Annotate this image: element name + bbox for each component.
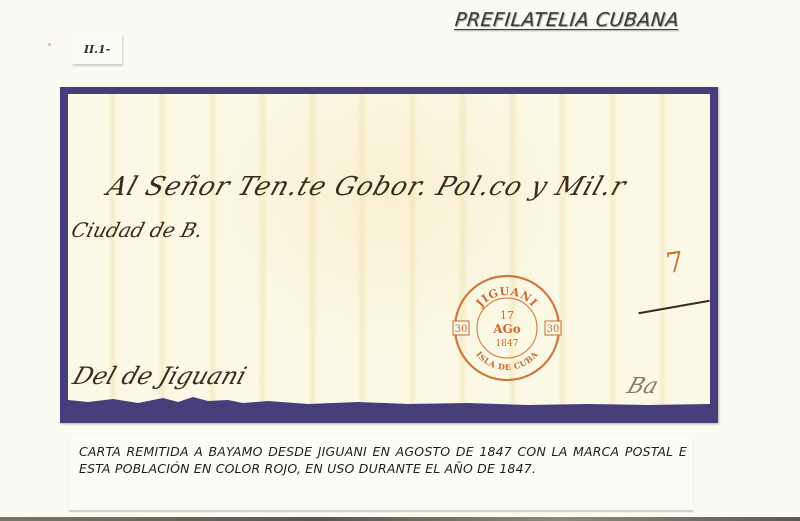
- jiguani-postmark: JIGUANI ISLA DE CUBA 17 AGo 1847 30 30: [452, 273, 562, 383]
- cover-mount: Al Señor Ten.te Gobor. Pol.co y Mil.r Ci…: [60, 87, 718, 423]
- address-line-1: Al Señor Ten.te Gobor. Pol.co y Mil.r: [103, 172, 630, 202]
- origin-line: Del de Jiguani: [69, 362, 250, 390]
- postmark-day: 17: [500, 309, 514, 322]
- postmark-town: JIGUANI: [473, 285, 540, 311]
- address-line-2: Ciudad de B.: [69, 218, 206, 242]
- postmark-right-number: 30: [547, 324, 560, 335]
- bottom-edge: [0, 517, 800, 521]
- postmark-year: 1847: [496, 339, 519, 349]
- postmark-month: AGo: [492, 322, 521, 336]
- red-rate-mark: 7: [664, 245, 686, 280]
- page-title: PREFILATELIA CUBANA: [454, 9, 680, 31]
- section-label: II.1-: [72, 34, 122, 64]
- caption-text: CARTA REMITIDA A BAYAMO DESDE JIGUANI EN…: [79, 443, 687, 477]
- svg-text:JIGUANI: JIGUANI: [473, 285, 540, 311]
- svg-text:ISLA DE CUBA: ISLA DE CUBA: [474, 349, 540, 372]
- postmark-left-number: 30: [455, 324, 468, 335]
- postmark-bottom-text: ISLA DE CUBA: [474, 349, 540, 372]
- postal-cover: Al Señor Ten.te Gobor. Pol.co y Mil.r Ci…: [68, 94, 710, 408]
- section-label-text: II.1-: [84, 43, 110, 56]
- decorative-dot: [48, 43, 51, 46]
- caption-box: CARTA REMITIDA A BAYAMO DESDE JIGUANI EN…: [69, 437, 693, 510]
- pen-stroke: [638, 300, 709, 314]
- torn-paper-edge: [68, 394, 710, 408]
